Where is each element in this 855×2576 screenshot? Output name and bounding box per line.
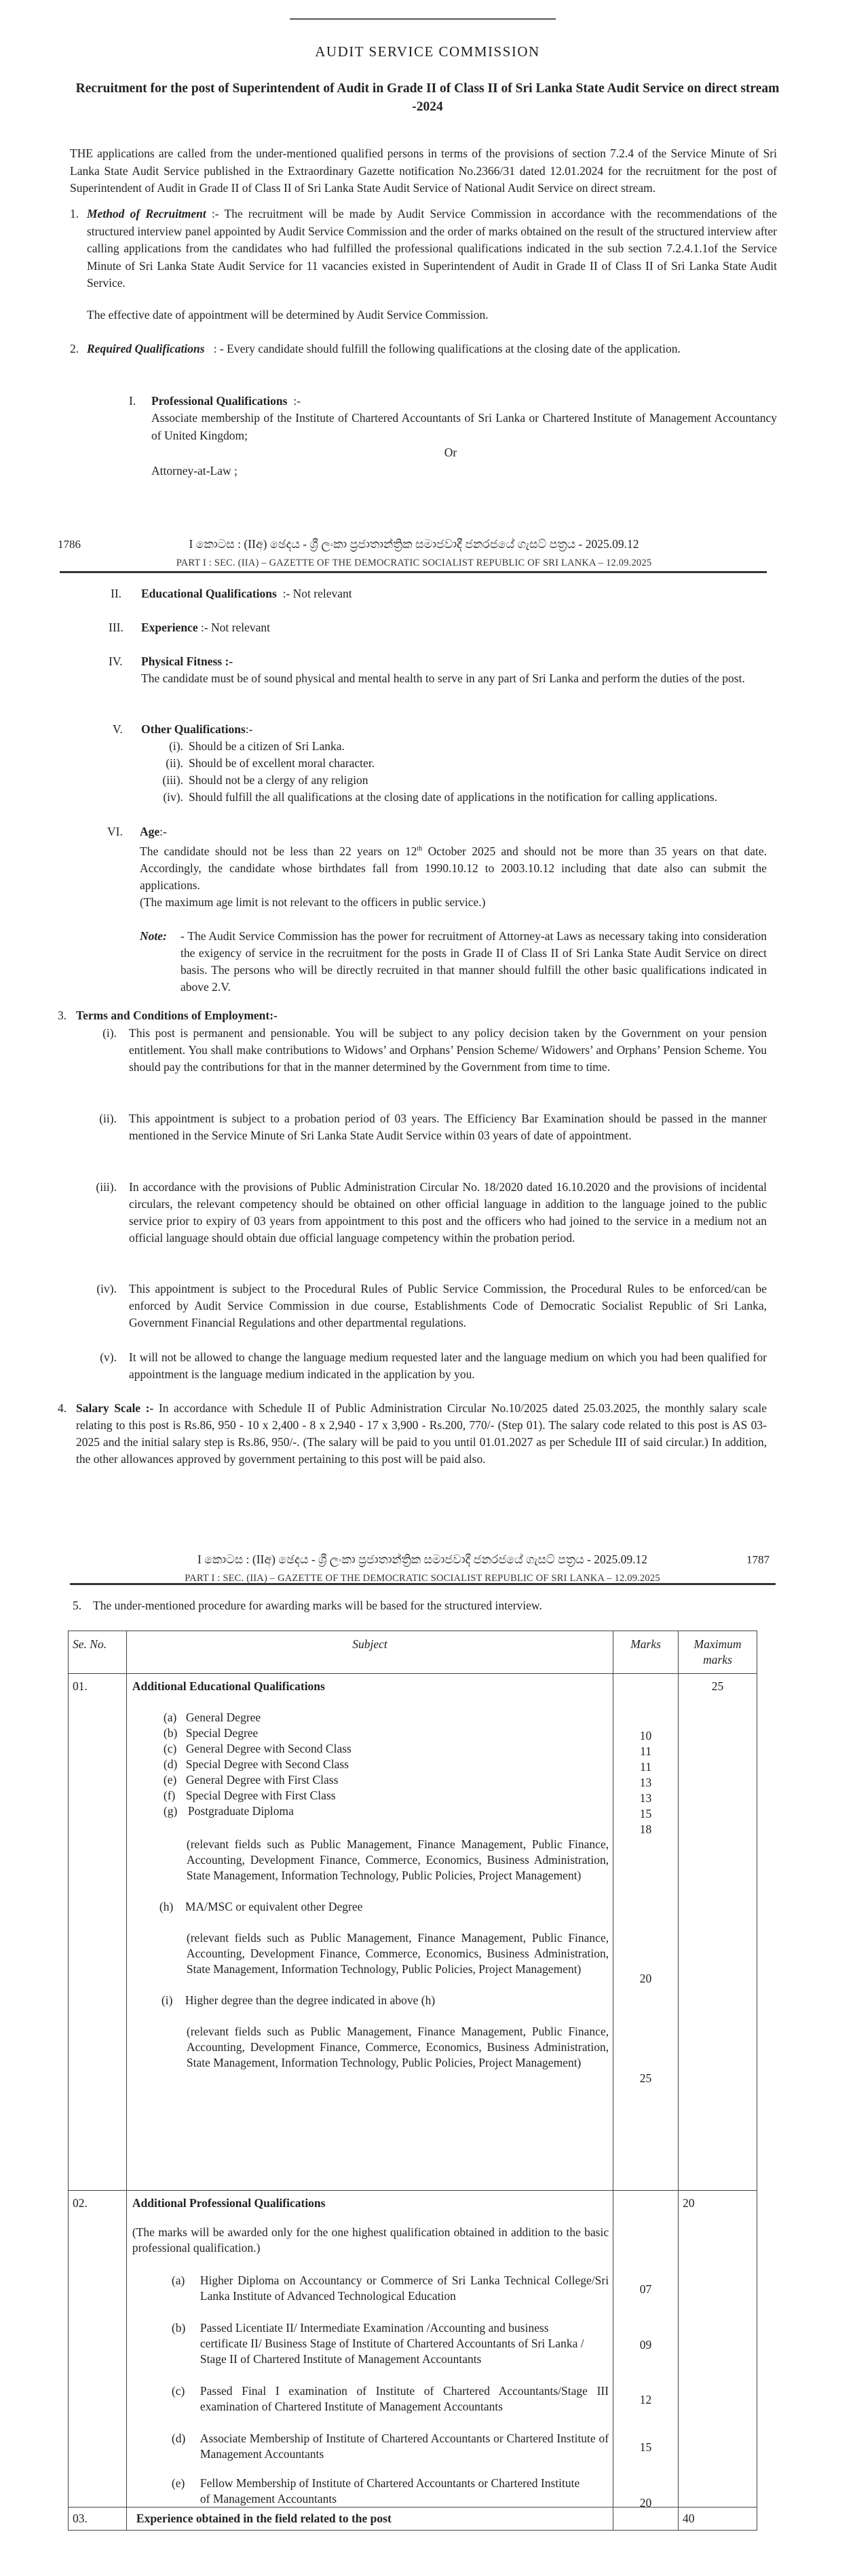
list-label: (i) [161,1992,185,2009]
age-requirement: VI. Age:- The candidate should not be le… [109,823,767,911]
item-heading: Age [140,825,159,838]
list-label: (a) [164,1710,186,1725]
mark-value: 11 [613,1759,678,1775]
mark-value: 10 [613,1728,678,1744]
experience: III. Experience :- Not relevant [109,619,767,636]
gazette-header-sinhala: I කොටස : (IIඅ) ඡෙදය - ශ්‍රී ලංකා ප්‍රජාත… [129,536,699,553]
row-intro: (The marks will be awarded only for the … [132,2225,609,2256]
row-subject: Additional Professional Qualifications (… [126,2191,613,2507]
list-text: Should be of excellent moral character. [189,755,767,772]
list-number: (v). [81,1349,117,1366]
item-number: II. [111,585,121,602]
list-number: (i). [149,738,189,755]
item-heading: Professional Qualifications [151,394,287,408]
list-item: (ii).Should be of excellent moral charac… [149,755,767,772]
item-text: :- Not relevant [277,587,352,600]
list-item: (e)Fellow Membership of Institute of Cha… [172,2476,609,2507]
mark-value: 20 [613,1970,678,1987]
section-body: Required Qualifications : - Every candid… [87,340,777,358]
section-heading: Method of Recruitment [87,207,206,220]
gazette-header-rule [60,571,767,573]
page-number: 1787 [746,1551,769,1568]
note-text: - The Audit Service Commission has the p… [180,929,767,994]
row-number: 01. [69,1674,127,2191]
header-marks: Marks [613,1631,679,1674]
list-text: Passed Licentiate II/ Intermediate Exami… [200,2320,609,2367]
list-text: Postgraduate Diploma [188,1803,294,1819]
section-number: 4. [58,1400,66,1417]
gazette-header-rule [70,1583,776,1585]
list-item: (iii).Should not be a clergy of any reli… [149,772,767,789]
row-marks: 07 09 12 15 20 [613,2191,679,2507]
top-divider [290,18,556,20]
list-number: (iii). [149,772,189,789]
list-text: Should fulfill the all qualifications at… [189,789,767,806]
item-number: IV. [109,653,123,670]
list-item: (a)Higher Diploma on Accountancy or Comm… [172,2273,609,2304]
terms-item: (ii). This appointment is subject to a p… [81,1110,767,1144]
list-label: (b) [164,1725,186,1741]
age-note: (The maximum age limit is not relevant t… [140,894,767,911]
list-item: (d)Associate Membership of Institute of … [172,2431,609,2462]
terms-item: (i). This post is permanent and pensiona… [81,1025,767,1076]
list-text: This appointment is subject to the Proce… [129,1281,767,1331]
mark-value: 13 [613,1775,678,1791]
section-terms-and-conditions: 3. Terms and Conditions of Employment:- [58,1007,767,1024]
list-item: (g)Postgraduate Diploma [164,1803,609,1819]
list-number: (i). [81,1025,117,1042]
list-item: (c)Passed Final I examination of Institu… [172,2383,609,2415]
list-label: (d) [164,1757,186,1772]
list-label: (d) [172,2431,200,2462]
attorney-note: Note: - The Audit Service Commission has… [140,928,767,996]
effective-date-note: The effective date of appointment will b… [87,307,777,324]
list-text: Fellow Membership of Institute of Charte… [200,2476,609,2507]
item-heading: Physical Fitness :- [141,653,767,670]
section-body: Method of Recruitment :- The recruitment… [87,206,777,292]
list-label: (f) [164,1788,186,1803]
row-max-marks: 40 [679,2507,757,2531]
document-title: AUDIT SERVICE COMMISSION [0,43,855,60]
list-label: (c) [172,2383,200,2415]
page-number: 1786 [58,536,81,553]
alt-qualification: Attorney-at-Law ; [151,463,777,480]
section-heading: Required Qualifications [87,342,205,355]
list-item: (b)Special Degree [164,1725,609,1741]
section-method-of-recruitment: 1. Method of Recruitment :- The recruitm… [70,206,777,324]
mark-value: 18 [613,1822,678,1837]
section-number: 3. [58,1007,66,1024]
section-heading: Terms and Conditions of Employment:- [76,1007,767,1024]
other-qualifications: V. Other Qualifications:- (i).Should be … [109,721,767,806]
row-number: 02. [69,2191,127,2507]
list-text: Special Degree [186,1725,258,1741]
mark-value: 15 [613,1806,678,1822]
row-max-marks: 20 [679,2191,757,2507]
list-text: Passed Final I examination of Institute … [200,2383,609,2415]
list-text: Higher Diploma on Accountancy or Commerc… [200,2273,609,2304]
mark-value: 07 [613,2281,678,2298]
table-header-row: Se. No. Subject Marks Maximum marks [69,1631,757,1674]
list-text: Should be a citizen of Sri Lanka. [189,738,767,755]
item-number: VI. [107,823,123,840]
item-text: The candidate must be of sound physical … [141,670,767,687]
row-title: Experience obtained in the field related… [126,2507,613,2531]
list-label: (a) [172,2273,200,2304]
row-subject: Additional Educational Qualifications (a… [126,1674,613,2191]
item-number: III. [109,619,123,636]
list-item: (c)General Degree with Second Class [164,1741,609,1757]
item-number: V. [113,721,123,738]
list-text: Special Degree with First Class [186,1788,336,1803]
fields-note: (relevant fields such as Public Manageme… [187,2024,609,2071]
section-text: The under-mentioned procedure for awardi… [93,1597,772,1614]
terms-item: (v). It will not be allowed to change th… [81,1349,767,1383]
row-marks: 10 11 11 13 13 15 18 20 25 [613,1674,679,2191]
list-label: (c) [164,1741,186,1757]
list-label: (g) [164,1803,188,1819]
list-text: This post is permanent and pensionable. … [129,1025,767,1076]
section-number: 1. [70,206,79,222]
list-item: (e)General Degree with First Class [164,1772,609,1788]
list-text: Higher degree than the degree indicated … [185,1992,435,2009]
section-required-qualifications: 2. Required Qualifications : - Every can… [70,340,777,358]
list-text: General Degree with First Class [186,1772,339,1788]
terms-item: (iv). This appointment is subject to the… [81,1281,767,1331]
fields-note: (relevant fields such as Public Manageme… [187,1837,609,1884]
list-item: (i)Higher degree than the degree indicat… [161,1992,609,2009]
list-text: Should not be a clergy of any religion [189,772,767,789]
separator: :- [159,825,167,838]
section-text: Every candidate should fulfill the follo… [227,342,681,355]
section-number: 2. [70,340,79,357]
list-number: (iii). [81,1179,117,1196]
list-item: (h)MA/MSC or equivalent other Degree [159,1898,609,1915]
header-maximum-marks: Maximum marks [679,1631,757,1674]
list-item: (iv).Should fulfill the all qualificatio… [149,789,767,806]
section-text: In accordance with Schedule II of Public… [76,1401,767,1466]
terms-item: (iii). In accordance with the provisions… [81,1179,767,1247]
list-text: Special Degree with Second Class [186,1757,349,1772]
row-max-marks: 25 [679,1674,757,2191]
list-label: (e) [164,1772,186,1788]
gazette-header-sinhala: I කොටස : (IIඅ) ඡෙදය - ශ්‍රී ලංකා ප්‍රජාත… [136,1551,709,1568]
separator: :- [246,722,253,736]
fields-note: (relevant fields such as Public Manageme… [187,1930,609,1977]
list-text: General Degree with Second Class [186,1741,351,1757]
row-number: 03. [69,2507,127,2531]
physical-fitness: IV. Physical Fitness :- The candidate mu… [109,653,767,687]
list-item: (f)Special Degree with First Class [164,1788,609,1803]
mark-value: 15 [613,2439,678,2456]
section-number: 5. [73,1597,81,1614]
list-text: It will not be allowed to change the lan… [129,1349,767,1383]
list-number: (iv). [149,789,189,806]
or-label: Or [151,444,750,461]
list-item: (b)Passed Licentiate II/ Intermediate Ex… [172,2320,609,2367]
row-title: Additional Professional Qualifications [132,2195,609,2212]
item-heading: Other Qualifications [141,722,246,736]
list-number: (ii). [81,1110,117,1127]
marks-table: Se. No. Subject Marks Maximum marks 01. … [68,1631,757,2531]
section-marks-procedure: 5. The under-mentioned procedure for awa… [73,1597,772,1614]
list-text: MA/MSC or equivalent other Degree [185,1898,362,1915]
list-label: (e) [172,2476,200,2507]
educational-qualifications: II. Educational Qualifications :- Not re… [109,585,767,602]
degree-list: (a)General Degree (b)Special Degree (c)G… [164,1710,609,1819]
item-number: I. [129,393,136,410]
list-text: Associate Membership of Institute of Cha… [200,2431,609,2462]
section-salary-scale: 4. Salary Scale :- In accordance with Sc… [58,1400,767,1468]
marks-column-values: 10 11 11 13 13 15 18 [613,1728,678,1837]
separator: :- [287,394,300,408]
item-heading: Educational Qualifications [141,587,277,600]
row-title: Additional Educational Qualifications [132,1678,609,1695]
item-text: Associate membership of the Institute of… [151,410,777,444]
mark-value: 09 [613,2337,678,2354]
table-row: 02. Additional Professional Qualificatio… [69,2191,757,2507]
note-text-wrap: - The Audit Service Commission has the p… [140,928,767,996]
list-label: (h) [159,1898,185,1915]
list-label: (b) [172,2320,200,2367]
table-row: 01. Additional Educational Qualification… [69,1674,757,2191]
item-text: :- Not relevant [198,621,270,634]
age-text: The candidate should not be less than 22… [140,844,417,858]
document-subtitle: Recruitment for the post of Superintende… [75,79,780,116]
separator: :- [206,207,225,220]
mark-value: 12 [613,2392,678,2408]
list-text: General Degree [186,1710,261,1725]
list-number: (iv). [81,1281,117,1297]
separator: : - [205,342,227,355]
list-text: This appointment is subject to a probati… [129,1110,767,1144]
header-se-no: Se. No. [69,1631,127,1674]
list-item: (d)Special Degree with Second Class [164,1757,609,1772]
list-item: (i).Should be a citizen of Sri Lanka. [149,738,767,755]
gazette-header-english: PART I : SEC. (IIA) – GAZETTE OF THE DEM… [129,555,699,572]
list-text: In accordance with the provisions of Pub… [129,1179,767,1247]
intro-paragraph: THE applications are called from the und… [70,145,777,197]
list-number: (ii). [149,755,189,772]
mark-value: 13 [613,1791,678,1806]
mark-value: 20 [613,2495,678,2512]
mark-value: 11 [613,1744,678,1759]
header-subject: Subject [126,1631,613,1674]
list-item: (a)General Degree [164,1710,609,1725]
item-heading: Experience [141,621,198,634]
section-heading: Salary Scale :- [76,1401,153,1415]
mark-value: 25 [613,2070,678,2087]
professional-qualifications: I. Professional Qualifications :- Associ… [129,393,777,480]
